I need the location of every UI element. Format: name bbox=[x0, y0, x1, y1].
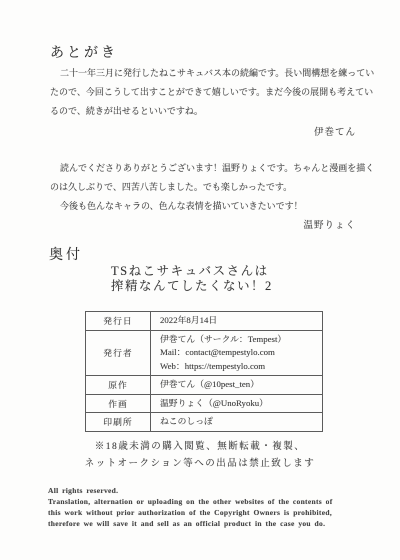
afterword-paragraph-line: のは久しぶりで、四苦八苦しました。でも楽しかったです。 bbox=[50, 178, 374, 197]
afterword-paragraph-1: 二十一年三月に発行したねこサキュバス本の続編です。長い間構想を練ってい たので、… bbox=[50, 64, 374, 121]
afterword-paragraph-line: たので、今回こうして出すことができて嬉しいです。まだ今後の展開も考えてい bbox=[50, 83, 374, 102]
rights-line: All rights reserved. bbox=[48, 485, 333, 496]
rights-line: therefore we will save it and sell as an… bbox=[48, 518, 333, 529]
scanned-doujinshi-colophon-page: あとがき 二十一年三月に発行したねこサキュバス本の続編です。長い間構想を練ってい… bbox=[0, 0, 400, 560]
row-value: 温野りょく（@UnoRyoku） bbox=[151, 394, 323, 413]
row-value: 2022年8月14日 bbox=[151, 312, 323, 331]
author-signature-imaki: 伊巻てん bbox=[50, 124, 356, 138]
afterword-heading: あとがき bbox=[50, 42, 118, 62]
age-restriction-line-1: ※18歳未満の購入閲覧、無断転載・複製、 bbox=[0, 439, 400, 456]
rights-notice: All rights reserved. Translation, altern… bbox=[48, 485, 333, 529]
row-value: 伊巻てん（@10pest_ten） bbox=[151, 376, 323, 395]
author-signature-unno: 温野りょく bbox=[50, 217, 356, 231]
afterword-paragraph-2: 読んでくださりありがとうございます！温野りょくです。ちゃんと漫画を描く のは久し… bbox=[50, 159, 374, 216]
row-label: 原作 bbox=[86, 376, 151, 395]
row-value: 伊巻てん（サークル：Tempest） Mail：contact@tempesty… bbox=[151, 330, 323, 376]
colophon-heading: 奥付 bbox=[49, 244, 83, 264]
afterword-paragraph-line: 今後も色んなキャラの、色んな表情を描いていきたいです！ bbox=[50, 197, 374, 216]
age-restriction-notice: ※18歳未満の購入閲覧、無断転載・複製、 ネットオークション等への出品は禁止致し… bbox=[0, 439, 400, 473]
rights-line: Translation, alternation or uploading on… bbox=[48, 496, 333, 507]
book-title: TSねこサキュバスさんは 搾精なんてしたくない！2 bbox=[111, 264, 273, 294]
afterword-paragraph-line: 二十一年三月に発行したねこサキュバス本の続編です。長い間構想を練ってい bbox=[50, 64, 374, 83]
table-row-publish-date: 発行日 2022年8月14日 bbox=[86, 312, 323, 331]
colophon-table: 発行日 2022年8月14日 発行者 伊巻てん（サークル：Tempest） Ma… bbox=[85, 311, 323, 432]
afterword-paragraph-line: るので、続きが出せるといいですね。 bbox=[50, 102, 374, 121]
row-label: 作画 bbox=[86, 394, 151, 413]
book-title-line-1: TSねこサキュバスさんは bbox=[111, 264, 273, 279]
row-label: 発行者 bbox=[86, 330, 151, 376]
age-restriction-line-2: ネットオークション等への出品は禁止致します bbox=[0, 456, 400, 473]
afterword-paragraph-line: 読んでくださりありがとうございます！温野りょくです。ちゃんと漫画を描く bbox=[50, 159, 374, 178]
table-row-original-story: 原作 伊巻てん（@10pest_ten） bbox=[86, 376, 323, 395]
table-row-printer: 印刷所 ねこのしっぽ bbox=[86, 413, 323, 432]
row-label: 発行日 bbox=[86, 312, 151, 331]
book-title-line-2: 搾精なんてしたくない！2 bbox=[111, 279, 273, 294]
table-row-illustration: 作画 温野りょく（@UnoRyoku） bbox=[86, 394, 323, 413]
row-value: ねこのしっぽ bbox=[151, 413, 323, 432]
row-label: 印刷所 bbox=[86, 413, 151, 432]
table-row-publisher: 発行者 伊巻てん（サークル：Tempest） Mail：contact@temp… bbox=[86, 330, 323, 376]
rights-line: this work without prior authorization of… bbox=[48, 507, 333, 518]
